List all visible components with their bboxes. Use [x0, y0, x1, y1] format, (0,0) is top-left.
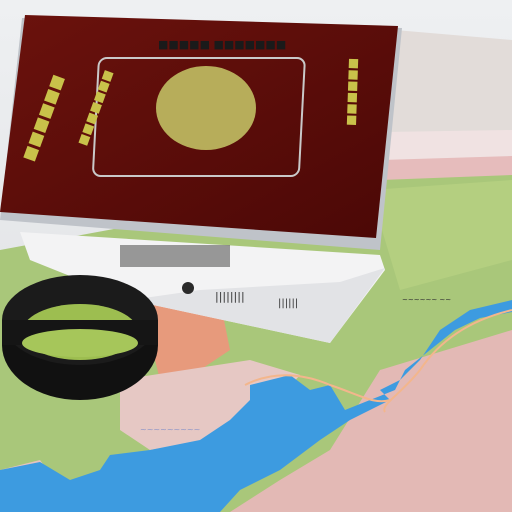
- svg-text:||||||: ||||||: [278, 298, 298, 309]
- svg-text:■■■■■ ■■■■■■■: ■■■■■ ■■■■■■■: [158, 38, 286, 51]
- gold-emblem-icon: [156, 66, 256, 150]
- svg-text:~~~~~~ ~~: ~~~~~~ ~~: [402, 296, 451, 304]
- svg-text:||||||||: ||||||||: [215, 290, 245, 303]
- black-ring: [2, 275, 158, 400]
- svg-text:■■■■■■: ■■■■■■: [343, 58, 359, 126]
- passport: ■■■■■ ■■■■■■■ ■■■■■■ ■■■■■■■ ■■■■■■: [0, 15, 402, 250]
- passport-on-map-scene: Photo-style image of a dark red passport…: [0, 0, 512, 512]
- scene-illustration: ~~~~~~~~~ ~~~~~~ ~~ |||||||| |||||| ■■■■: [0, 0, 512, 512]
- svg-text:~~~~~~~~~: ~~~~~~~~~: [140, 425, 200, 434]
